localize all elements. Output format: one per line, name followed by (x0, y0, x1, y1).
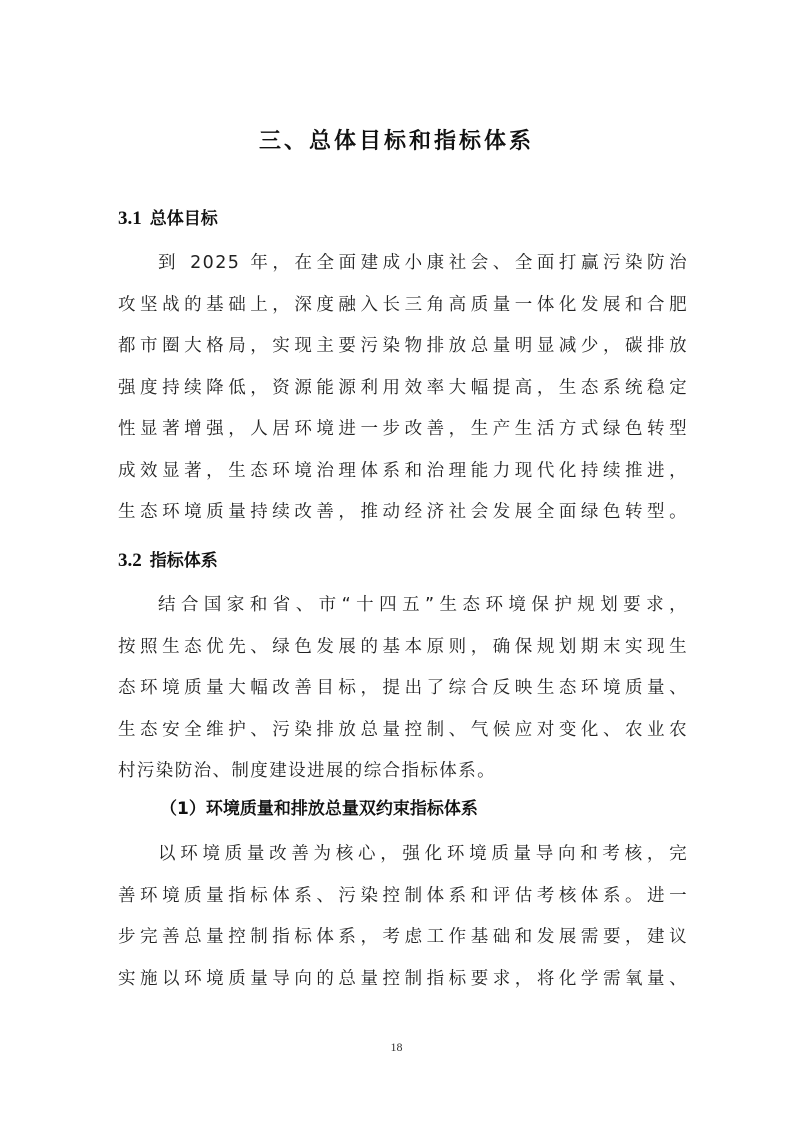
text-line: 成效显著，生态环境治理体系和治理能力现代化持续推进， (118, 451, 688, 493)
subsection-heading-1: （1）环境质量和排放总量双约束指标体系 (160, 794, 478, 824)
text-line: 结合国家和省、市“十四五”生态环境保护规划要求， (118, 585, 688, 627)
document-page: 三、总体目标和指标体系 3.1总体目标 到 2025 年，在全面建成小康社会、全… (0, 0, 793, 1122)
text-line: 都市圈大格局，实现主要污染物排放总量明显减少，碳排放 (118, 326, 688, 368)
text-line: 生态环境质量持续改善，推动经济社会发展全面绿色转型。 (118, 492, 688, 534)
text-line: 步完善总量控制指标体系，考虑工作基础和发展需要，建议 (118, 917, 688, 959)
section-title: 指标体系 (150, 551, 218, 571)
text-line: 攻坚战的基础上，深度融入长三角高质量一体化发展和合肥 (118, 285, 688, 327)
section-3-2-paragraph: 结合国家和省、市“十四五”生态环境保护规划要求， 按照生态优先、绿色发展的基本原… (118, 585, 688, 793)
section-heading-3-1: 3.1总体目标 (118, 204, 218, 234)
text-line: 强度持续降低，资源能源利用效率大幅提高，生态系统稳定 (118, 368, 688, 410)
text-line: 态环境质量大幅改善目标，提出了综合反映生态环境质量、 (118, 668, 688, 710)
text-line: 性显著增强，人居环境进一步改善，生产生活方式绿色转型 (118, 409, 688, 451)
section-title: 总体目标 (150, 209, 218, 229)
section-3-1-paragraph: 到 2025 年，在全面建成小康社会、全面打赢污染防治 攻坚战的基础上，深度融入… (118, 243, 688, 534)
chapter-title: 三、总体目标和指标体系 (0, 124, 793, 160)
text-line: 以环境质量改善为核心，强化环境质量导向和考核，完 (118, 834, 688, 876)
text-line: 善环境质量指标体系、污染控制体系和评估考核体系。进一 (118, 876, 688, 918)
section-heading-3-2: 3.2指标体系 (118, 546, 218, 576)
page-number: 18 (0, 1040, 793, 1055)
section-number: 3.1 (118, 208, 142, 229)
text-line: 按照生态优先、绿色发展的基本原则，确保规划期末实现生 (118, 627, 688, 669)
text-line: 到 2025 年，在全面建成小康社会、全面打赢污染防治 (118, 243, 688, 285)
subsection-1-paragraph: 以环境质量改善为核心，强化环境质量导向和考核，完 善环境质量指标体系、污染控制体… (118, 834, 688, 1000)
section-number: 3.2 (118, 550, 142, 571)
text-line: 村污染防治、制度建设进展的综合指标体系。 (118, 751, 688, 793)
text-line: 实施以环境质量导向的总量控制指标要求，将化学需氧量、 (118, 959, 688, 1001)
text-line: 生态安全维护、污染排放总量控制、气候应对变化、农业农 (118, 710, 688, 752)
